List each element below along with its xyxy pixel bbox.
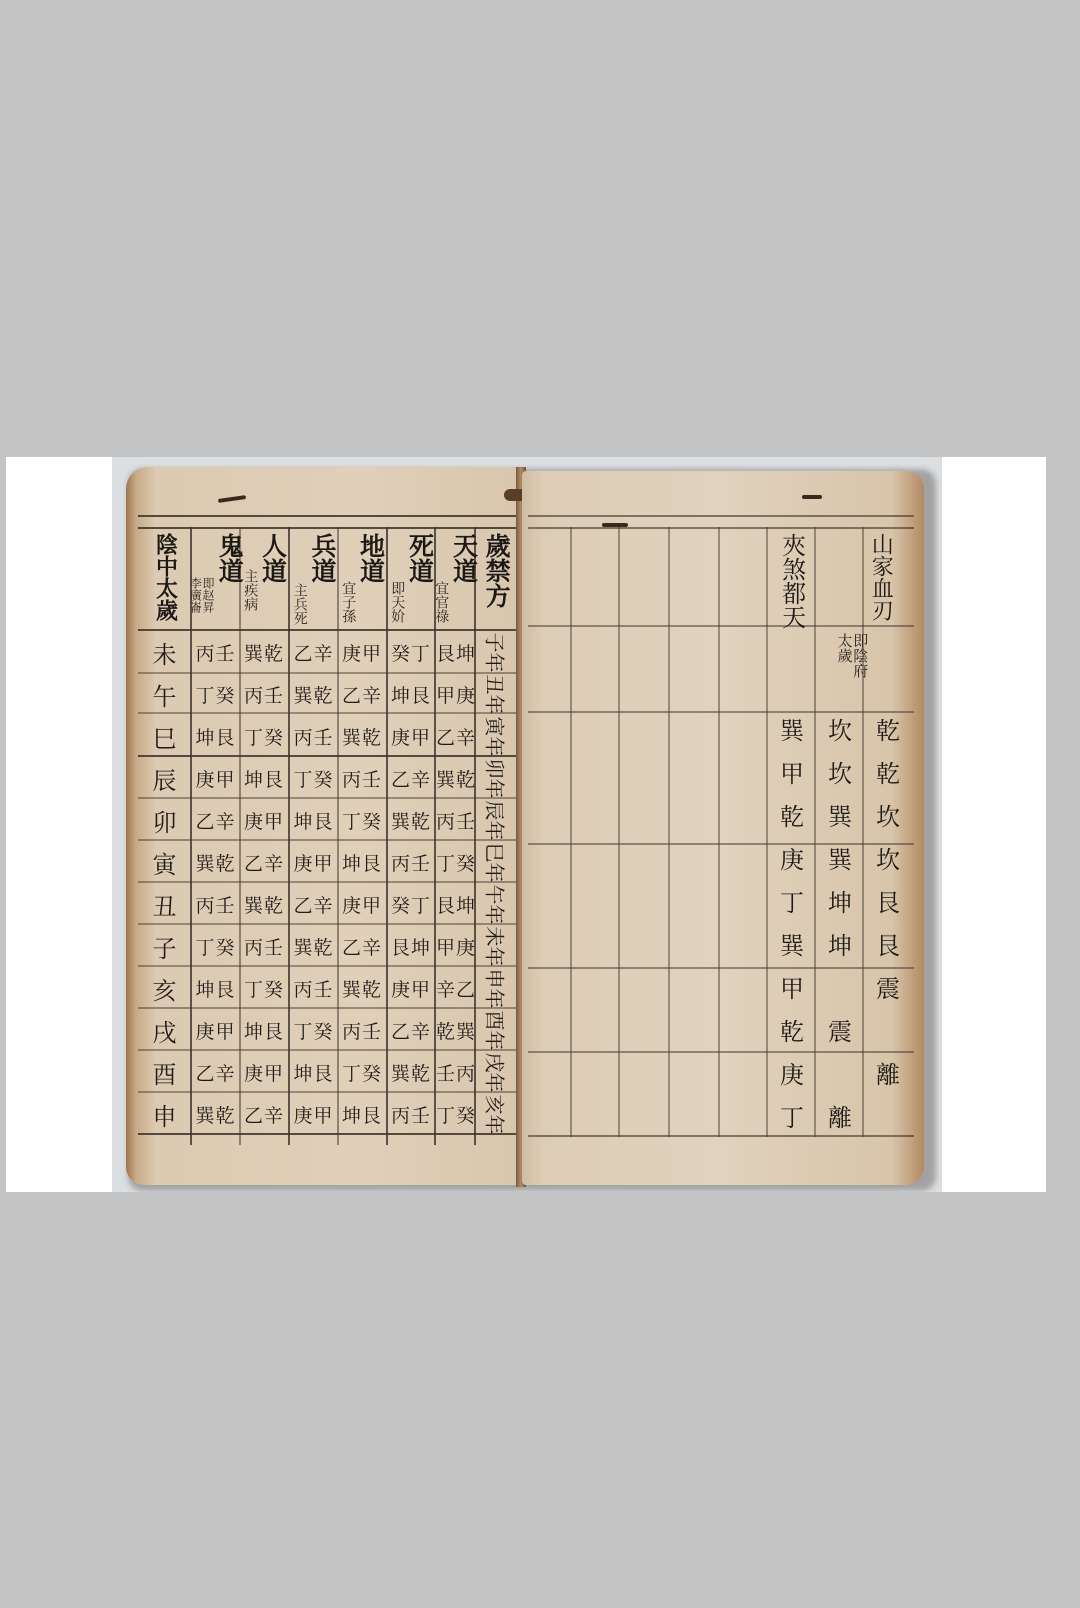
rule — [528, 515, 914, 517]
shanjia-col-cell: 艮 — [864, 922, 912, 965]
bingdao-cell: 坤艮 — [290, 799, 337, 841]
rendao-cell: 坤艮 — [240, 1009, 288, 1051]
bingdao-cell: 丙壬 — [290, 967, 337, 1009]
year-cell: 亥年 — [474, 1093, 518, 1135]
sidao-cell: 坤艮 — [388, 673, 434, 715]
col-line — [570, 527, 572, 1137]
year-cell: 辰年 — [474, 799, 518, 841]
guidao-cell: 庚甲 — [192, 1009, 239, 1051]
didao-cell: 丁癸 — [338, 799, 386, 841]
year-label: 巳年 — [482, 842, 511, 882]
header-suijinfang: 歲禁方 — [476, 533, 516, 627]
shanjia-inner-col-cell — [816, 1051, 864, 1094]
year-label: 戌年 — [482, 1052, 511, 1092]
rendao-cell: 丙壬 — [240, 673, 288, 715]
year-cell: 酉年 — [474, 1009, 518, 1051]
jiasha-col-cell: 甲 — [768, 750, 816, 793]
tiandao-cell: 巽乾 — [436, 757, 476, 799]
shanjia-inner-col-cell: 離 — [816, 1094, 864, 1137]
rule — [528, 527, 914, 529]
rendao-cell: 乙辛 — [240, 841, 288, 883]
year-label: 申年 — [482, 968, 511, 1008]
rendao-cell: 巽乾 — [240, 631, 288, 673]
year-label: 子年 — [482, 632, 511, 672]
year-label: 辰年 — [482, 800, 511, 840]
rendao-cell: 庚甲 — [240, 799, 288, 841]
didao-cell: 乙辛 — [338, 925, 386, 967]
header-tiandao: 天道 宜官祿 — [436, 533, 474, 627]
rendao-cell: 巽乾 — [240, 883, 288, 925]
sidao-cell: 乙辛 — [388, 1009, 434, 1051]
didao-cell: 巽乾 — [338, 967, 386, 1009]
guidao-cell: 丁癸 — [192, 673, 239, 715]
right-page: 山家血刃 即陰府 太歲 夾煞都天 乾乾坎坎艮艮震離坎坎巽巽坤坤震離巽甲乾庚丁巽甲… — [522, 471, 924, 1185]
yinzhong-taisui-cell: 戌 — [140, 1009, 190, 1051]
rendao-cell: 丁癸 — [240, 967, 288, 1009]
rendao-cell: 坤艮 — [240, 757, 288, 799]
didao-cell: 丁癸 — [338, 1051, 386, 1093]
yinzhong-taisui-cell: 未 — [140, 631, 190, 673]
shanjia-col-cell: 離 — [864, 1051, 912, 1094]
tiandao-cell: 甲庚 — [436, 673, 476, 715]
sidao-cell: 乙辛 — [388, 757, 434, 799]
year-cell: 卯年 — [474, 757, 518, 799]
jiasha-col-cell: 甲 — [768, 965, 816, 1008]
tiandao-cell: 乙辛 — [436, 715, 476, 757]
sidao-cell: 艮坤 — [388, 925, 434, 967]
shanjia-inner-col-cell: 巽 — [816, 836, 864, 879]
guidao-cell: 坤艮 — [192, 967, 239, 1009]
jiasha-col-cell: 丁 — [768, 1094, 816, 1137]
shanjia-inner-col-cell: 坎 — [816, 750, 864, 793]
year-cell: 未年 — [474, 925, 518, 967]
rendao-cell: 乙辛 — [240, 1093, 288, 1135]
jiasha-col-cell: 巽 — [768, 922, 816, 965]
rendao-cell: 丙壬 — [240, 925, 288, 967]
bingdao-cell: 庚甲 — [290, 1093, 337, 1135]
didao-cell: 乙辛 — [338, 673, 386, 715]
shanjia-inner-col-cell: 震 — [816, 1008, 864, 1051]
tiandao-cell: 辛乙 — [436, 967, 476, 1009]
shanjia-col-cell: 乾 — [864, 707, 912, 750]
ink-mark — [218, 495, 246, 503]
sidao-cell: 癸丁 — [388, 883, 434, 925]
jiasha-col-cell: 巽 — [768, 707, 816, 750]
shanjia-inner-col-cell: 坤 — [816, 879, 864, 922]
year-label: 午年 — [482, 884, 511, 924]
guidao-cell: 丁癸 — [192, 925, 239, 967]
guidao-cell: 乙辛 — [192, 1051, 239, 1093]
col-line — [668, 527, 670, 1137]
year-label: 寅年 — [482, 716, 511, 756]
shanjia-col-cell: 震 — [864, 965, 912, 1008]
year-cell: 子年 — [474, 631, 518, 673]
jiasha-col-cell: 乾 — [768, 793, 816, 836]
yinzhong-taisui-cell: 申 — [140, 1093, 190, 1135]
bingdao-cell: 乙辛 — [290, 883, 337, 925]
header-guidao: 鬼道 即赵昇 李廣崙 — [192, 533, 239, 627]
header-rendao: 人道 主疾病 — [240, 533, 288, 627]
header-yinzhongtaisui: 陰中太歲 — [140, 533, 190, 627]
jiasha-col-cell: 庚 — [768, 1051, 816, 1094]
tiandao-cell: 艮坤 — [436, 883, 476, 925]
header-didao: 地道 宜子孫 — [338, 533, 386, 627]
yinzhong-taisui-cell: 辰 — [140, 757, 190, 799]
yinzhong-taisui-cell: 巳 — [140, 715, 190, 757]
yinzhong-taisui-cell: 卯 — [140, 799, 190, 841]
didao-cell: 丙壬 — [338, 1009, 386, 1051]
year-cell: 巳年 — [474, 841, 518, 883]
tiandao-cell: 壬丙 — [436, 1051, 476, 1093]
tiandao-cell: 丁癸 — [436, 841, 476, 883]
yinzhong-taisui-cell: 丑 — [140, 883, 190, 925]
bingdao-cell: 乙辛 — [290, 631, 337, 673]
year-label: 丑年 — [482, 674, 511, 714]
header-sidao: 死道 即天妎 — [388, 533, 434, 627]
guidao-cell: 丙壬 — [192, 631, 239, 673]
rendao-cell: 丁癸 — [240, 715, 288, 757]
shanjia-inner-col-cell: 坤 — [816, 922, 864, 965]
header-jiasha-dutian: 夾煞都天 — [768, 533, 814, 653]
rule — [138, 515, 518, 517]
shanjia-inner-col-cell: 坎 — [816, 707, 864, 750]
header-bingdao: 兵道 主兵死 — [290, 533, 337, 627]
yinzhong-taisui-cell: 午 — [140, 673, 190, 715]
shanjia-col-cell: 艮 — [864, 879, 912, 922]
year-cell: 丑年 — [474, 673, 518, 715]
sidao-cell: 庚甲 — [388, 967, 434, 1009]
sidao-cell: 巽乾 — [388, 1051, 434, 1093]
col-line — [618, 527, 620, 1137]
bingdao-cell: 丁癸 — [290, 757, 337, 799]
sidao-cell: 丙壬 — [388, 1093, 434, 1135]
sidao-cell: 丙壬 — [388, 841, 434, 883]
yinzhong-taisui-cell: 子 — [140, 925, 190, 967]
shanjia-col-cell — [864, 1094, 912, 1137]
guidao-cell: 巽乾 — [192, 841, 239, 883]
rule — [138, 527, 518, 529]
year-label: 酉年 — [482, 1010, 511, 1050]
bingdao-cell: 巽乾 — [290, 925, 337, 967]
jiasha-col-cell: 丁 — [768, 879, 816, 922]
header-shanjia-xueren: 山家血刃 即陰府 太歲 — [818, 533, 910, 703]
yinzhong-taisui-cell: 酉 — [140, 1051, 190, 1093]
guidao-cell: 庚甲 — [192, 757, 239, 799]
bingdao-cell: 丁癸 — [290, 1009, 337, 1051]
didao-cell: 庚甲 — [338, 631, 386, 673]
shanjia-inner-col-cell — [816, 965, 864, 1008]
tiandao-cell: 甲庚 — [436, 925, 476, 967]
guidao-cell: 丙壬 — [192, 883, 239, 925]
tiandao-cell: 丁癸 — [436, 1093, 476, 1135]
sidao-cell: 巽乾 — [388, 799, 434, 841]
tiandao-cell: 乾巽 — [436, 1009, 476, 1051]
tiandao-cell: 艮坤 — [436, 631, 476, 673]
jiasha-col-cell: 乾 — [768, 1008, 816, 1051]
guidao-cell: 乙辛 — [192, 799, 239, 841]
year-cell: 申年 — [474, 967, 518, 1009]
didao-cell: 坤艮 — [338, 1093, 386, 1135]
sidao-cell: 庚甲 — [388, 715, 434, 757]
rendao-cell: 庚甲 — [240, 1051, 288, 1093]
year-cell: 寅年 — [474, 715, 518, 757]
shanjia-col-cell: 乾 — [864, 750, 912, 793]
yinzhong-taisui-cell: 亥 — [140, 967, 190, 1009]
yinzhong-taisui-cell: 寅 — [140, 841, 190, 883]
didao-cell: 庚甲 — [338, 883, 386, 925]
guidao-cell: 巽乾 — [192, 1093, 239, 1135]
sidao-cell: 癸丁 — [388, 631, 434, 673]
manuscript-photo: 歲禁方 天道 宜官祿 死道 即天妎 地道 宜子孫 兵道 主兵死 人道 主疾病 鬼… — [112, 457, 942, 1192]
guidao-cell: 坤艮 — [192, 715, 239, 757]
didao-cell: 巽乾 — [338, 715, 386, 757]
jiasha-col-cell: 庚 — [768, 836, 816, 879]
year-label: 卯年 — [482, 758, 511, 798]
shanjia-col-cell: 坎 — [864, 836, 912, 879]
didao-cell: 坤艮 — [338, 841, 386, 883]
shanjia-col-cell — [864, 1008, 912, 1051]
year-label: 未年 — [482, 926, 511, 966]
bingdao-cell: 坤艮 — [290, 1051, 337, 1093]
shanjia-inner-col-cell: 巽 — [816, 793, 864, 836]
bingdao-cell: 庚甲 — [290, 841, 337, 883]
year-label: 亥年 — [482, 1094, 511, 1134]
year-cell: 午年 — [474, 883, 518, 925]
shanjia-col-cell: 坎 — [864, 793, 912, 836]
ink-mark — [802, 495, 822, 499]
didao-cell: 丙壬 — [338, 757, 386, 799]
tiandao-cell: 丙壬 — [436, 799, 476, 841]
year-cell: 戌年 — [474, 1051, 518, 1093]
bingdao-cell: 巽乾 — [290, 673, 337, 715]
left-page: 歲禁方 天道 宜官祿 死道 即天妎 地道 宜子孫 兵道 主兵死 人道 主疾病 鬼… — [126, 467, 521, 1185]
bingdao-cell: 丙壬 — [290, 715, 337, 757]
col-line — [718, 527, 720, 1137]
